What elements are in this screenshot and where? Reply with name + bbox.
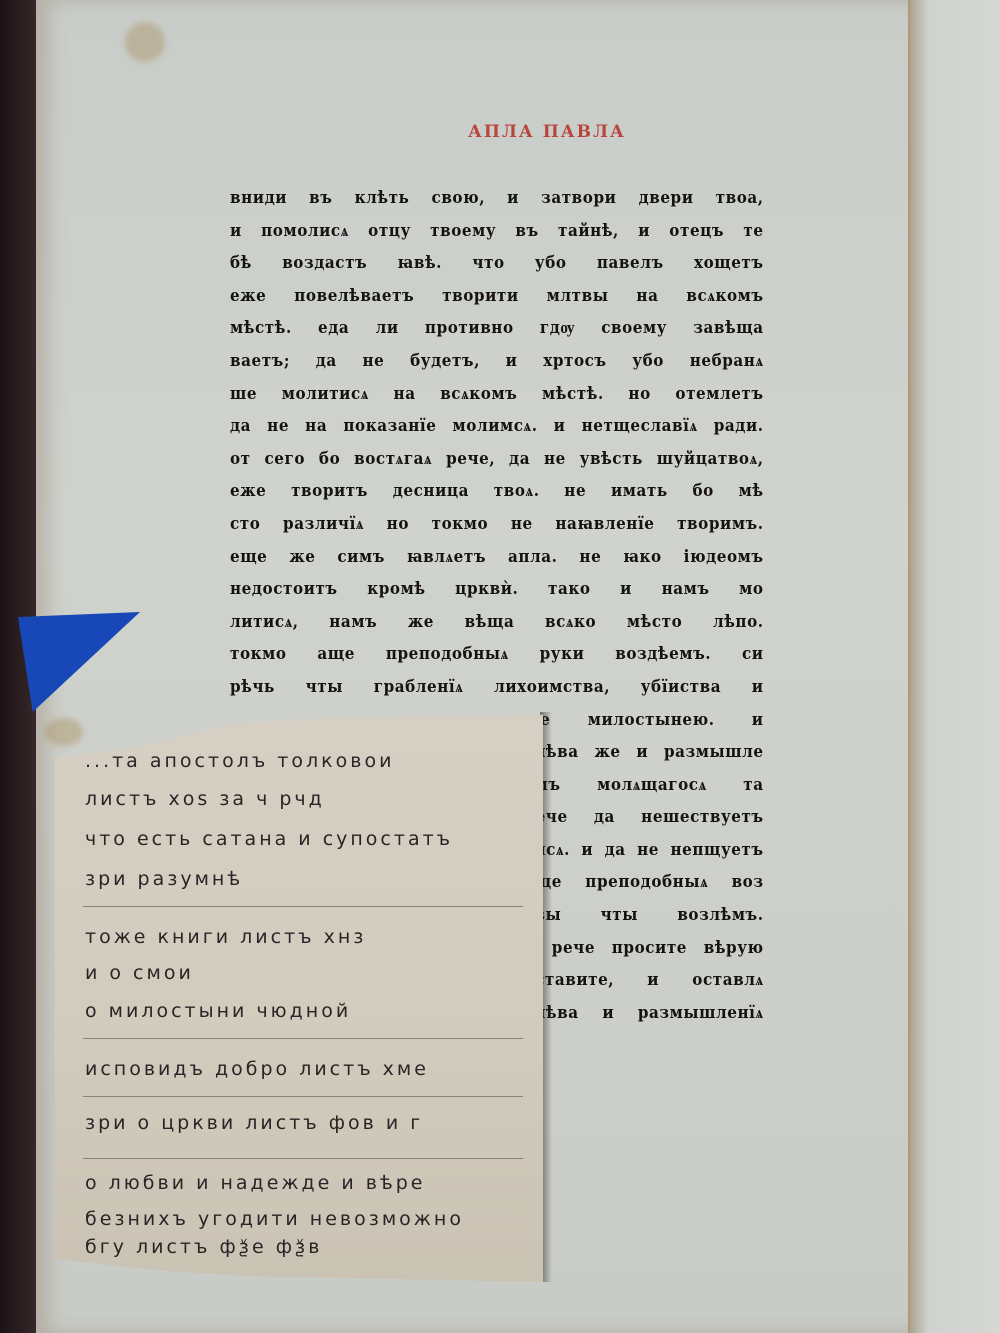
text-line: ше молитисѧ на всѧкомъ мѣстѣ. но отемлет… bbox=[230, 378, 764, 411]
handwritten-note-slip: ...та апостолъ толковои листъ хоѕ за ч р… bbox=[55, 712, 543, 1282]
text-line: еще же симъ ꙗвлѧетъ aпла. не ꙗко іюдеомъ bbox=[230, 541, 764, 574]
text-line: от сего бо востѧгаѧ рече, да не увѣсть ш… bbox=[230, 443, 764, 476]
note-line: зри разумнѣ bbox=[85, 868, 243, 890]
note-line: бгу листъ фѯе фѯв bbox=[85, 1236, 322, 1258]
note-line: исповидъ добро листъ хме bbox=[85, 1058, 429, 1080]
text-line: и помолисѧ отцу твоему въ тайнѣ, и отецъ… bbox=[230, 215, 764, 248]
text-line: рѣчь чты грабленїѧ лихоимства, убїиства … bbox=[230, 671, 764, 704]
running-head: АПЛА ПАВЛА bbox=[468, 122, 638, 142]
text-line: токмо аще преподобныѧ руки воздѣемъ. си bbox=[230, 638, 764, 671]
note-line: ...та апостолъ толковои bbox=[85, 750, 394, 772]
text-line: вниди въ клѣть свою, и затвори двери тво… bbox=[230, 182, 764, 215]
text-line: да не на показанїе молимсѧ. и нетщеславї… bbox=[230, 410, 764, 443]
note-divider bbox=[83, 1158, 523, 1159]
note-line: зри о цркви листъ фов и г bbox=[85, 1112, 423, 1134]
text-line: мѣстѣ. еда ли противно гдѹ своему завѣща bbox=[230, 312, 764, 345]
note-divider bbox=[83, 906, 523, 907]
note-line: тоже книги листъ хнз bbox=[85, 926, 366, 948]
text-line: еже творитъ десница твоѧ. не имать бо мѣ bbox=[230, 475, 764, 508]
text-line: еже повелѣваетъ творити млтвы на всѧкомъ bbox=[230, 280, 764, 313]
text-line: недостоитъ кромѣ црквѝ. тако и намъ мо bbox=[230, 573, 764, 606]
note-line: о милостыни чюдной bbox=[85, 1000, 351, 1022]
note-divider bbox=[83, 1096, 523, 1097]
text-line: литисѧ, намъ же вѣща всѧко мѣсто лѣпо. bbox=[230, 606, 764, 639]
next-page-edge bbox=[908, 0, 1000, 1333]
water-stain bbox=[45, 718, 83, 746]
note-line: листъ хоѕ за ч рчд bbox=[85, 788, 325, 810]
note-divider bbox=[83, 1038, 523, 1039]
water-stain bbox=[125, 22, 165, 62]
note-line: безнихъ угодити невозможно bbox=[85, 1208, 464, 1230]
text-line: сто различїѧ но токмо не наꙗвленїе твори… bbox=[230, 508, 764, 541]
note-line: и о смои bbox=[85, 962, 194, 984]
text-line: ваетъ; да не будетъ, и хртосъ убо небран… bbox=[230, 345, 764, 378]
text-line: бѣ воздастъ ꙗвѣ. что убо павелъ хощетъ bbox=[230, 247, 764, 280]
note-line: что есть сатана и супостатъ bbox=[85, 828, 453, 850]
note-line: о любви и надежде и вѣре bbox=[85, 1172, 425, 1194]
